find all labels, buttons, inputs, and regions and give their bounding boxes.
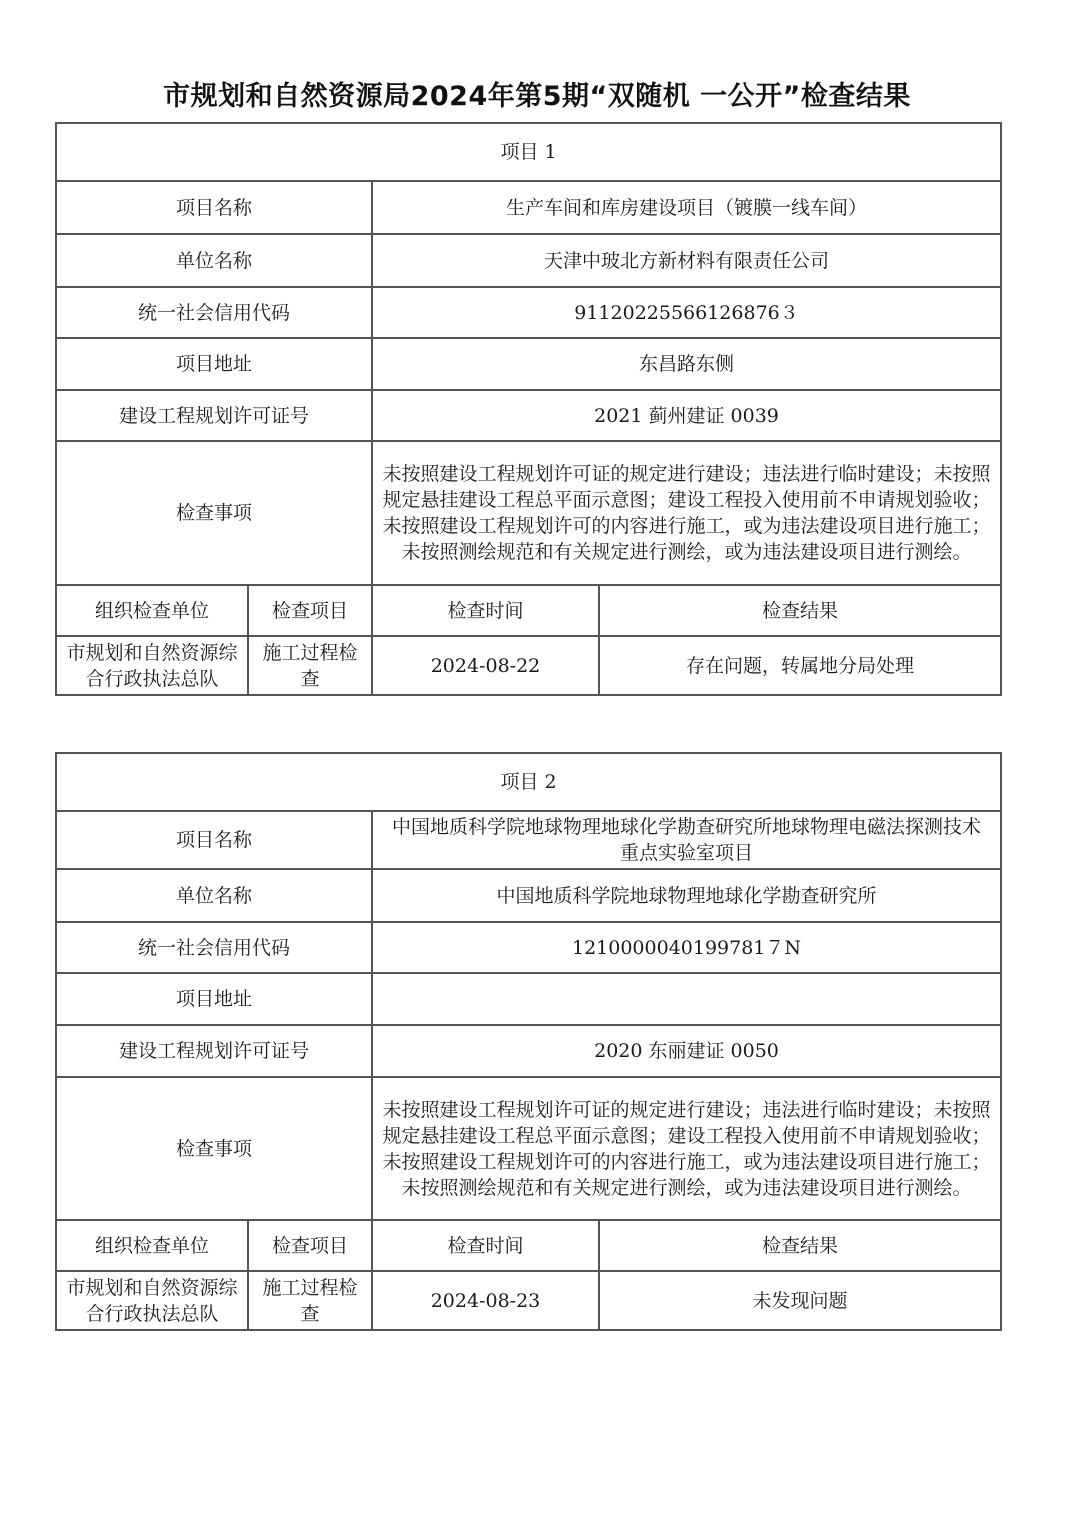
label-unit-name: 单位名称 (56, 869, 372, 922)
label-unit-name: 单位名称 (56, 234, 372, 287)
result-item: 施工过程检查 (248, 1271, 372, 1330)
result-item: 施工过程检查 (248, 636, 372, 695)
unit-name-value: 天津中玻北方新材料有限责任公司 (372, 234, 1001, 287)
header-org: 组织检查单位 (56, 1220, 248, 1271)
header-org: 组织检查单位 (56, 585, 248, 636)
unit-name-value: 中国地质科学院地球物理地球化学勘查研究所 (372, 869, 1001, 922)
label-check-items: 检查事项 (56, 1077, 372, 1220)
address-value (372, 973, 1001, 1025)
header-outcome: 检查结果 (599, 1220, 1001, 1271)
label-check-items: 检查事项 (56, 441, 372, 585)
header-outcome: 检查结果 (599, 585, 1001, 636)
label-project-name: 项目名称 (56, 181, 372, 234)
result-outcome: 存在问题，转属地分局处理 (599, 636, 1001, 695)
label-project-name: 项目名称 (56, 811, 372, 869)
result-org: 市规划和自然资源综合行政执法总队 (56, 636, 248, 695)
header-date: 检查时间 (372, 1220, 599, 1271)
project-name-value: 生产车间和库房建设项目（镀膜一线车间） (372, 181, 1001, 234)
project-2-table: 项目 2 项目名称 中国地质科学院地球物理地球化学勘查研究所地球物理电磁法探测技… (55, 752, 1002, 1331)
label-credit-code: 统一社会信用代码 (56, 287, 372, 338)
result-date: 2024-08-22 (372, 636, 599, 695)
project-heading: 项目 2 (56, 753, 1001, 811)
label-address: 项目地址 (56, 973, 372, 1025)
project-1-table: 项目 1 项目名称 生产车间和库房建设项目（镀膜一线车间） 单位名称 天津中玻北… (55, 122, 1002, 696)
label-permit-no: 建设工程规划许可证号 (56, 1025, 372, 1077)
label-credit-code: 统一社会信用代码 (56, 922, 372, 973)
document-title: 市规划和自然资源局2024年第5期“双随机 一公开”检查结果 (0, 74, 1074, 113)
result-date: 2024-08-23 (372, 1271, 599, 1330)
credit-code-value: 1210000040199781７N (372, 922, 1001, 973)
credit-code-value: 91120225566126876３ (372, 287, 1001, 338)
check-items-value: 未按照建设工程规划许可证的规定进行建设；违法进行临时建设；未按照规定悬挂建设工程… (372, 441, 1001, 585)
header-date: 检查时间 (372, 585, 599, 636)
result-outcome: 未发现问题 (599, 1271, 1001, 1330)
label-address: 项目地址 (56, 338, 372, 390)
permit-no-value: 2021 蓟州建证 0039 (372, 390, 1001, 441)
header-item: 检查项目 (248, 585, 372, 636)
check-items-value: 未按照建设工程规划许可证的规定进行建设；违法进行临时建设；未按照规定悬挂建设工程… (372, 1077, 1001, 1220)
permit-no-value: 2020 东丽建证 0050 (372, 1025, 1001, 1077)
result-org: 市规划和自然资源综合行政执法总队 (56, 1271, 248, 1330)
address-value: 东昌路东侧 (372, 338, 1001, 390)
project-name-value: 中国地质科学院地球物理地球化学勘查研究所地球物理电磁法探测技术重点实验室项目 (372, 811, 1001, 869)
label-permit-no: 建设工程规划许可证号 (56, 390, 372, 441)
project-heading: 项目 1 (56, 123, 1001, 181)
header-item: 检查项目 (248, 1220, 372, 1271)
